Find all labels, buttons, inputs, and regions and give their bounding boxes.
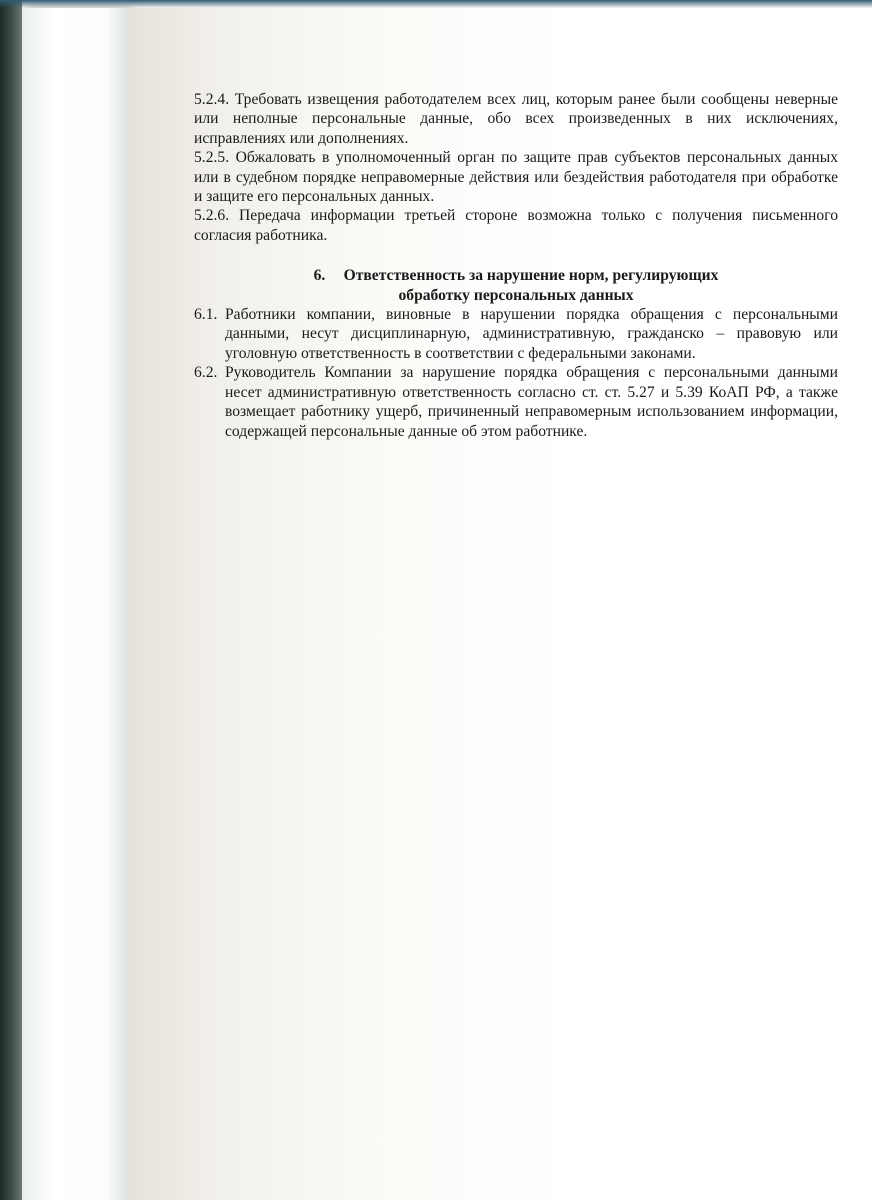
scan-dark-edge (0, 0, 22, 1200)
section-6-heading: 6.Ответственность за нарушение норм, рег… (194, 266, 838, 305)
clause-5-2-4: 5.2.4. Требовать извещения работодателем… (194, 90, 838, 148)
clause-5-2-6: 5.2.6. Передача информации третьей сторо… (194, 206, 838, 245)
clause-6-2: 6.2. Руководитель Компании за нарушение … (194, 363, 838, 441)
scan-top-edge (0, 0, 872, 8)
section-6-title-line2: обработку персональных данных (194, 286, 838, 305)
clause-number: 6.1. (194, 305, 225, 363)
section-6-title-line1: 6.Ответственность за нарушение норм, рег… (194, 266, 838, 285)
clause-text: Работники компании, виновные в нарушении… (225, 305, 838, 363)
section-6-number: 6. (314, 266, 344, 285)
clause-text: Руководитель Компании за нарушение поряд… (225, 363, 838, 441)
document-content: 5.2.4. Требовать извещения работодателем… (194, 90, 838, 441)
clause-5-2-5: 5.2.5. Обжаловать в уполномоченный орган… (194, 148, 838, 206)
clause-number: 6.2. (194, 363, 225, 441)
clause-6-1: 6.1. Работники компании, виновные в нару… (194, 305, 838, 363)
folded-page-edge (22, 8, 128, 1200)
